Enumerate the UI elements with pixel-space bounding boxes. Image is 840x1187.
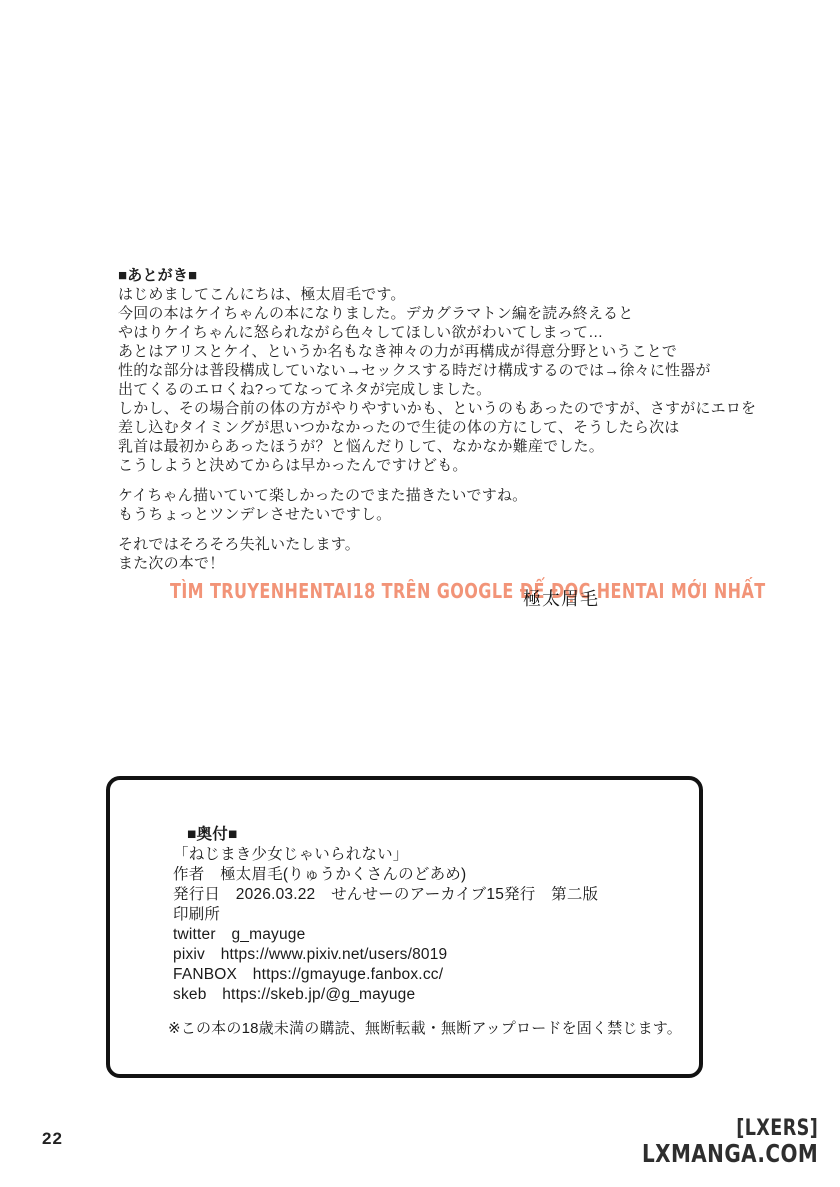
- author-signature: 極太眉毛: [523, 585, 599, 611]
- colophon-author-line: 作者 極太眉毛(りゅうかくさんのどあめ): [173, 865, 679, 885]
- site-watermark-banner: TÌM TRUYENHENTAI18 TRÊN GOOGLE ĐỂ ĐỌC HE…: [170, 579, 682, 603]
- colophon-age-notice: ※この本の18歳未満の購読、無断転載・無断アップロードを固く禁じます。: [168, 1019, 679, 1039]
- colophon-printer-line: 印刷所: [173, 905, 679, 925]
- lxmanga-watermark-group-name: [LXERS]: [642, 1116, 818, 1141]
- colophon-book-title: 「ねじまき少女じゃいられない」: [173, 845, 679, 865]
- colophon-fanbox-line: FANBOX https://gmayuge.fanbox.cc/: [173, 965, 679, 985]
- colophon-heading: ■奥付■: [187, 825, 679, 845]
- colophon-publish-date-line: 発行日 2026.03.22 せんせーのアーカイブ15発行 第二版: [173, 885, 679, 905]
- colophon-pixiv-line: pixiv https://www.pixiv.net/users/8019: [173, 945, 679, 965]
- lxmanga-watermark: [LXERS] LXMANGA.COM: [642, 1116, 818, 1166]
- colophon-twitter-line: twitter g_mayuge: [173, 925, 679, 945]
- afterword-paragraph-1: はじめましてこんにちは、極太眉毛です。 今回の本はケイちゃんの本になりました。デ…: [118, 285, 758, 475]
- afterword-paragraph-2: ケイちゃん描いていて楽しかったのでまた描きたいですね。 もうちょっとツンデレさせ…: [118, 486, 758, 524]
- afterword-paragraph-3: それではそろそろ失礼いたします。 また次の本で！: [118, 535, 758, 573]
- colophon-box: ■奥付■ 「ねじまき少女じゃいられない」 作者 極太眉毛(りゅうかくさんのどあめ…: [106, 776, 703, 1078]
- doujin-afterword-page: ■あとがき■ はじめましてこんにちは、極太眉毛です。 今回の本はケイちゃんの本に…: [0, 0, 840, 1187]
- page-number: 22: [42, 1129, 63, 1149]
- lxmanga-watermark-site-name: LXMANGA.COM: [642, 1141, 818, 1166]
- afterword-heading: ■あとがき■: [118, 266, 758, 285]
- colophon-skeb-line: skeb https://skeb.jp/@g_mayuge: [173, 985, 679, 1005]
- afterword-section: ■あとがき■ はじめましてこんにちは、極太眉毛です。 今回の本はケイちゃんの本に…: [118, 266, 758, 573]
